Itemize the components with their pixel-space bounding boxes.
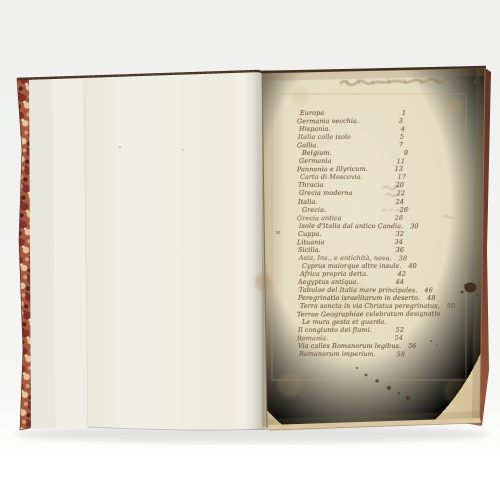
left-flyleaf-page [84, 71, 267, 431]
index-line: Sicilia. 36 [298, 246, 404, 254]
index-line: Grecia moderna 22 [299, 189, 405, 198]
index-line: Cyprus maiorque altre insule. 40 [302, 262, 417, 270]
index-entry-page-number: 58 [390, 351, 405, 359]
left-page-speck [182, 149, 184, 151]
index-entry-title: Africa propria detta. [300, 270, 368, 278]
index-entry-page-number: 22 [390, 190, 405, 198]
index-entry-page-number: 30 [403, 222, 418, 230]
index-entry-page-number: 56 [401, 342, 416, 350]
index-entry-title: Romanorum imperium. [299, 350, 376, 358]
index-line: Grecia antica 28 [297, 213, 403, 222]
index-line: Asia, Ins., e antichità, nova. 38 [299, 254, 407, 263]
folio-number: 1 [473, 78, 477, 86]
index-entry-title: Isole d'Italia dal antico Candia. [299, 221, 403, 230]
index-entry-page-number: 24 [389, 198, 404, 206]
index-entry-page-number: 3 [392, 117, 403, 125]
index-entry-page-number: 17 [391, 173, 406, 181]
index-entry-title: Germania [299, 157, 332, 165]
index-entry-page-number: 42 [391, 270, 406, 278]
index-entry-title: Grecia antica [297, 214, 342, 222]
manuscript-index-list: Europa 1 Germania vecchia. 3 Hispania. 4… [298, 109, 474, 358]
index-line: Grecia. 26 [302, 206, 408, 214]
index-entry-title: Peregrinatio israelitarum in deserto. [298, 294, 420, 302]
index-entry-title: Grecia. [302, 206, 326, 214]
index-line: Romanorum imperium. 58 [299, 350, 405, 359]
index-entry-page-number: 26 [393, 206, 408, 214]
index-entry-page-number: 48 [420, 294, 435, 302]
index-entry-page-number [440, 310, 447, 318]
right-page-inner-margin [262, 70, 286, 427]
index-entry-title: Sicilia. [298, 246, 321, 254]
index-entry-page-number: 7 [392, 141, 403, 149]
index-entry-page-number: 54 [388, 334, 403, 342]
left-page-speck [119, 146, 121, 148]
index-entry-page-number: 13 [388, 165, 403, 173]
index-entry-page-number: 28 [388, 213, 403, 221]
index-entry-page-number: 9 [397, 149, 408, 157]
index-entry-title: Cyprus maiorque altre insule. [302, 262, 402, 270]
index-entry-page-number: 32 [389, 230, 404, 238]
index-entry-title: Europa [300, 109, 324, 117]
book-photo: Europa 1 Germania vecchia. 3 Hispania. 4… [0, 0, 500, 500]
index-line: Isole d'Italia dal antico Candia. 30 [299, 221, 419, 230]
index-entry-title: Italia colle isole [298, 133, 351, 141]
index-line: Peregrinatio israelitarum in deserto. 48 [298, 294, 436, 302]
index-entry-title: Grecia moderna [299, 189, 353, 197]
index-entry-page-number: 40 [402, 262, 417, 270]
endpaper-edge [29, 77, 56, 429]
under-leaf-edge [52, 76, 88, 428]
index-entry-title: Asia, Ins., e antichità, nova. [299, 254, 392, 262]
index-entry-title: Italia. [298, 198, 318, 206]
index-line: Africa propria detta. 42 [300, 270, 406, 278]
index-entry-page-number: 34 [388, 237, 403, 245]
index-line: Italia. 24 [298, 198, 404, 206]
index-entry-page-number: 36 [389, 246, 404, 254]
index-line: Cuppa. 32 [298, 230, 404, 238]
index-entry-title: Cuppa. [298, 230, 322, 238]
index-entry-page-number [401, 318, 408, 326]
index-entry-title: Hispania. [299, 125, 331, 133]
index-entry-page-number: 44 [389, 278, 404, 286]
